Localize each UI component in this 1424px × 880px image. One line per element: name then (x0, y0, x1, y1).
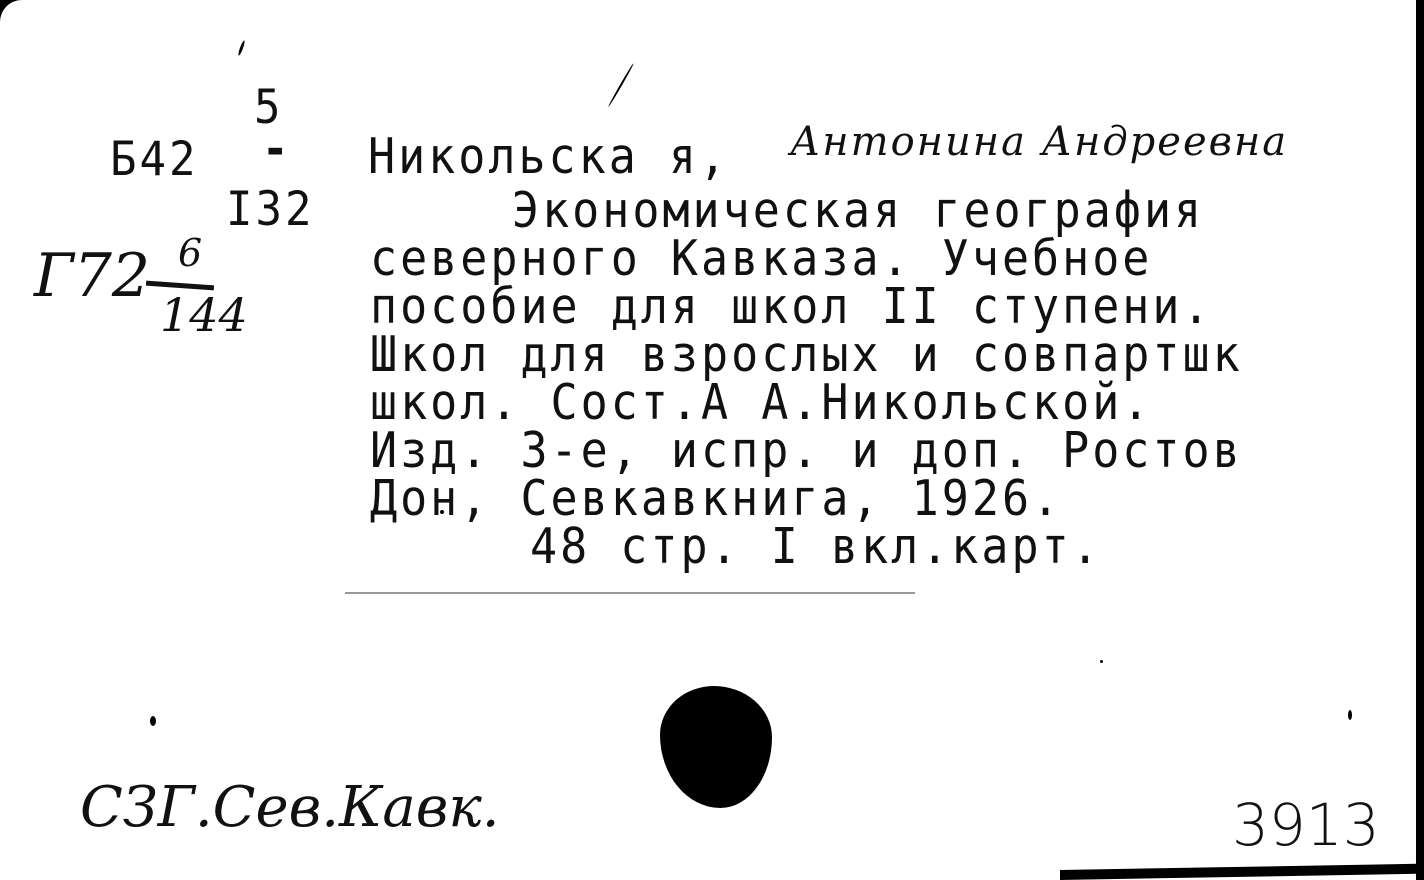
speck (440, 510, 444, 514)
speck (237, 40, 245, 56)
subject-note: СЗГ.Сев.Кавк. (80, 780, 500, 836)
scan-edge (1416, 0, 1424, 880)
call-number-dash: - (262, 126, 292, 174)
shelfmark-numerator: 6 (178, 234, 202, 272)
compiler-line: школ. Сост.А А.Никольской. (370, 378, 1152, 427)
title-line-4: Школ для взрослых и совпартшк (370, 330, 1243, 379)
catalog-card: 5 - Б42 I32 Г72 6 144 Никольска я, Антон… (0, 0, 1424, 880)
author-handwritten: Антонина Андреевна (790, 122, 1288, 162)
pages-line: 48 стр. I вкл.карт. (530, 522, 1102, 571)
speck (150, 716, 156, 726)
divider (345, 592, 915, 594)
call-number-left: Б42 (110, 136, 198, 184)
shelfmark-denominator: 144 (160, 292, 248, 338)
publisher-line: Дон, Севкавкнига, 1926. (370, 474, 1062, 523)
inventory-number: 3913 (1232, 796, 1380, 854)
speck (1348, 710, 1352, 720)
punch-hole (660, 686, 772, 808)
call-number-bottom: I32 (226, 186, 314, 234)
shelfmark-main: Г72 (34, 246, 150, 306)
speck (608, 63, 635, 107)
title-line-3: пособие для школ II ступени. (370, 282, 1213, 331)
title-line-1: Экономическая география (512, 186, 1204, 235)
author-typed: Никольска я, (368, 132, 729, 181)
title-line-2: северного Кавказа. Учебное (370, 234, 1152, 283)
speck (1100, 660, 1103, 663)
edition-line: Изд. 3-е, испр. и доп. Ростов (370, 426, 1243, 475)
